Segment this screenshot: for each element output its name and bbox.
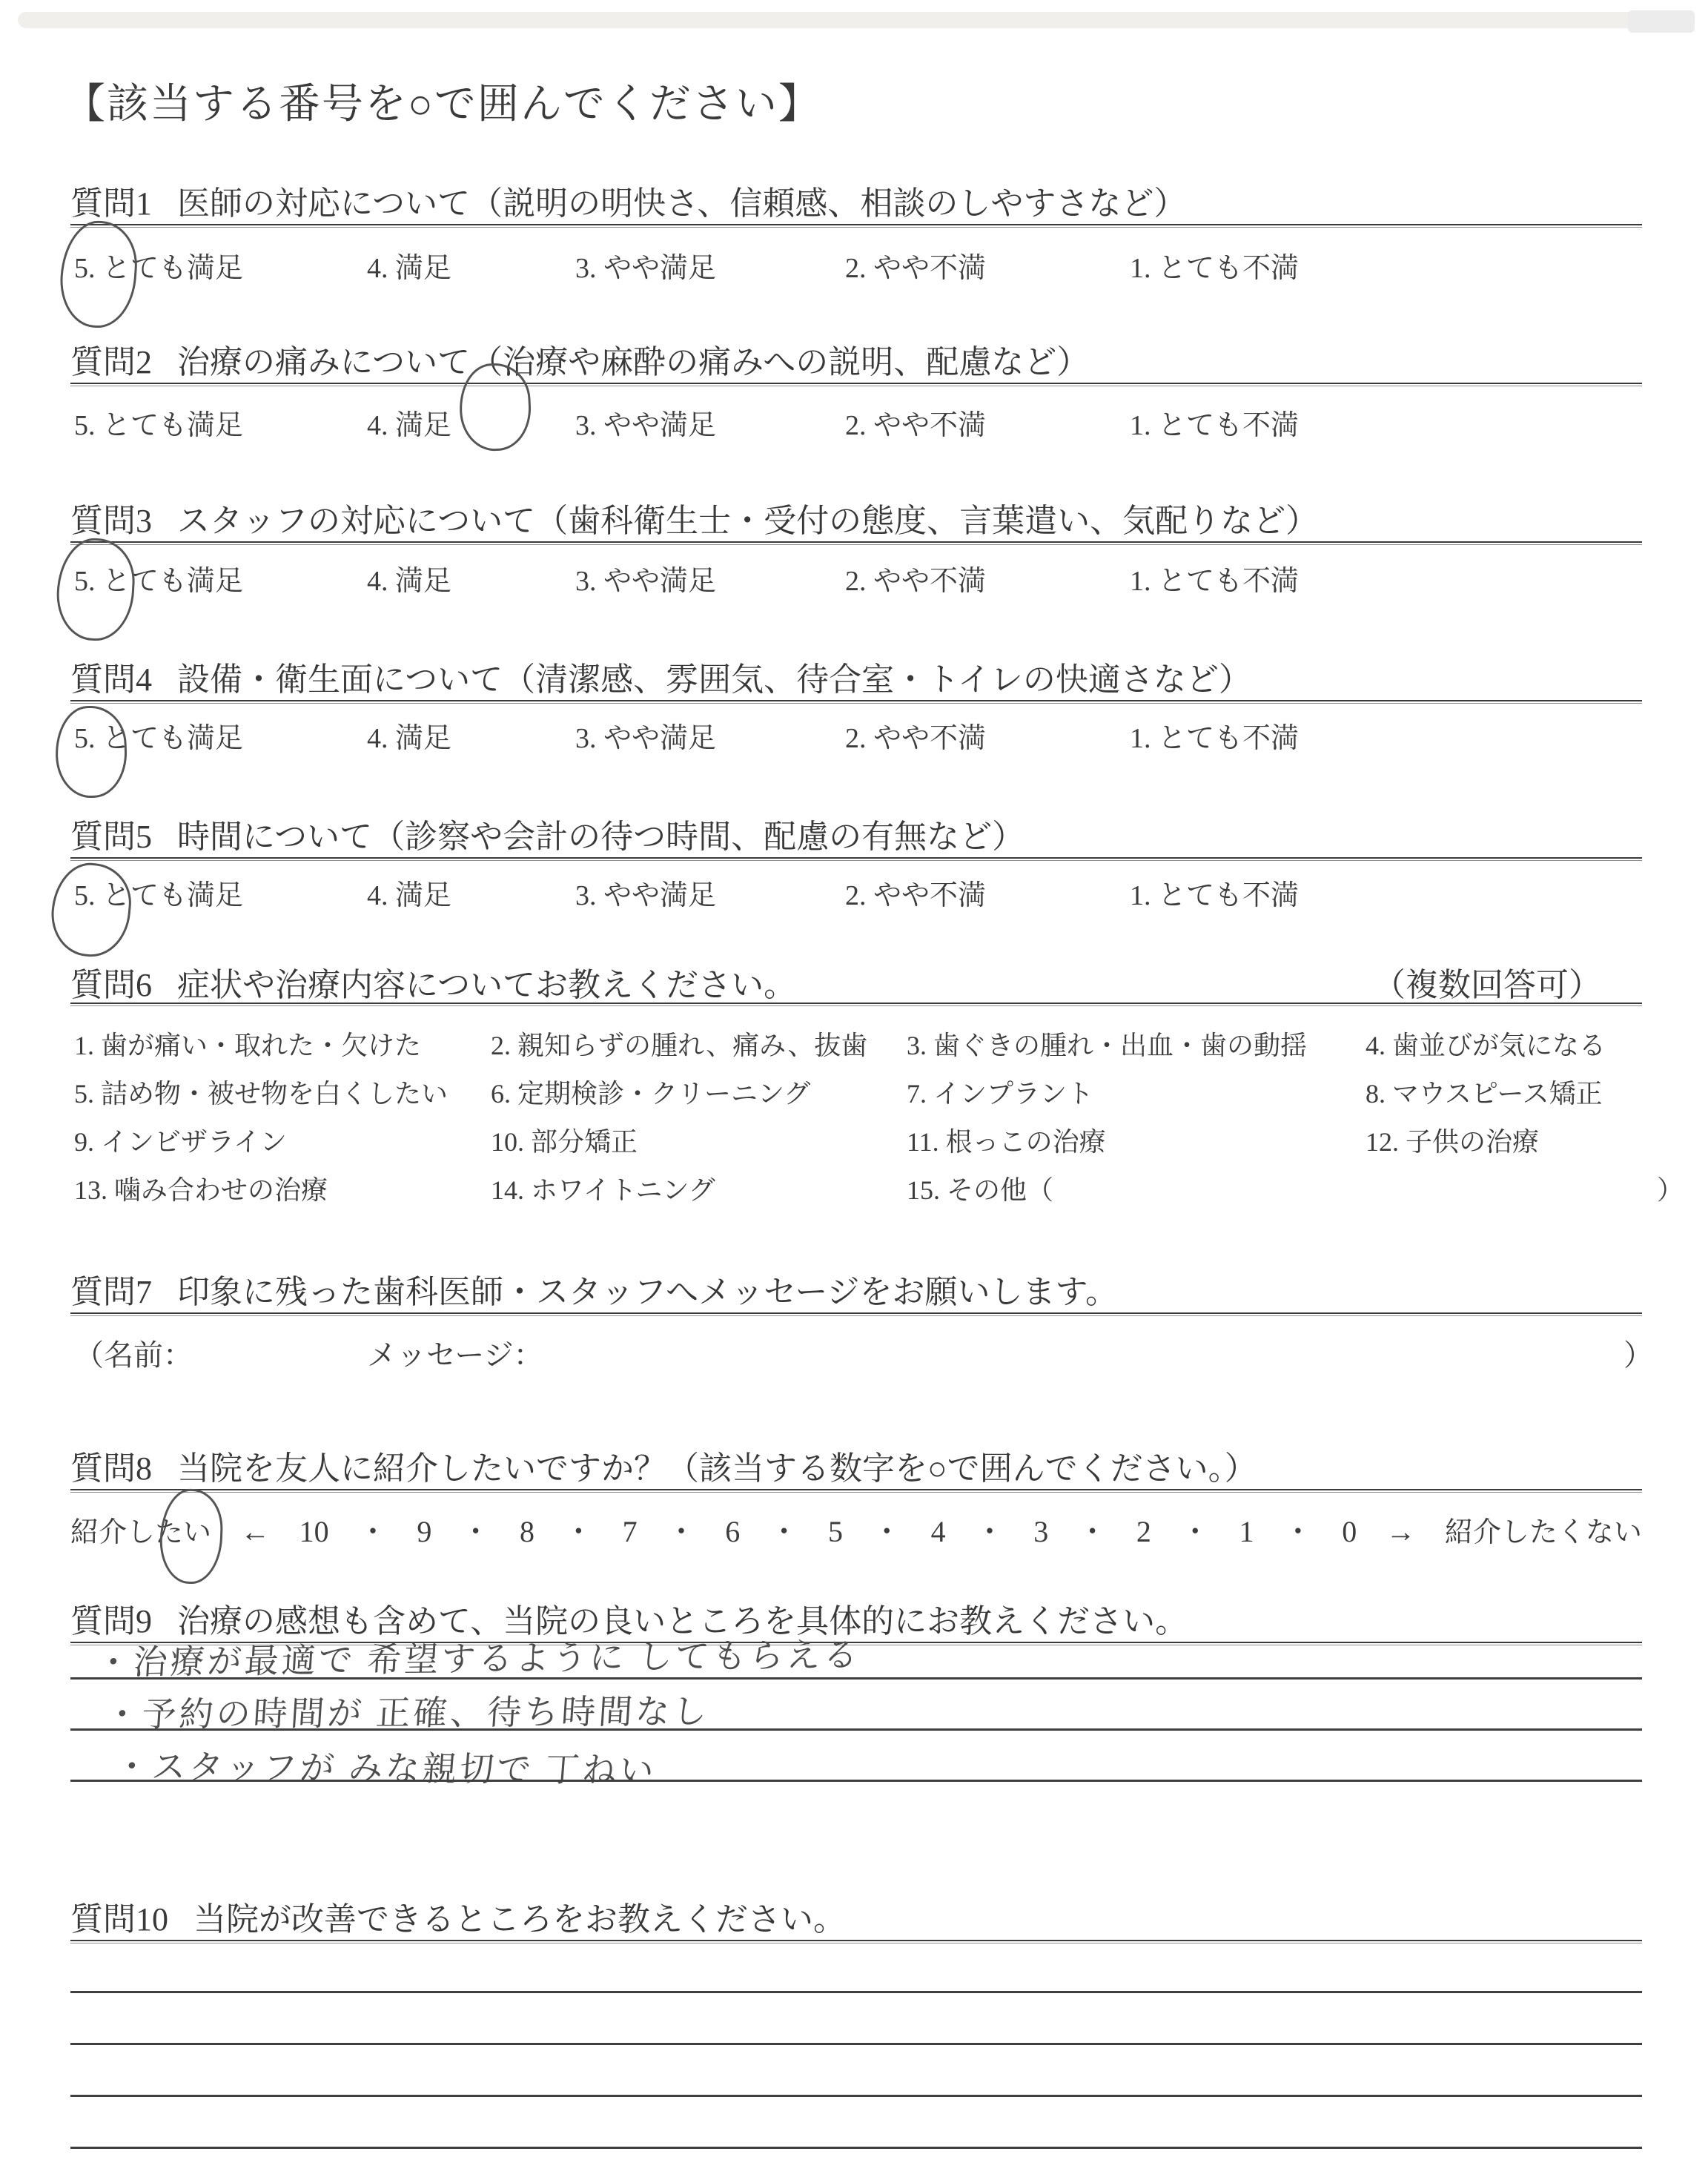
q8-dot: ・ [975, 1508, 1004, 1550]
q6-options-row4: 13. 噛み合わせの治療 14. ホワイトニング 15. その他（ ） [70, 1169, 1672, 1211]
q4-underline [70, 700, 1642, 704]
q9-handwritten-answer-1: ・治療が最適で 希望するように してもらえる [95, 1628, 862, 1685]
q4-heading: 質問4設備・衛生面について（清潔感、雰囲気、待合室・トイレの快適さなど） [70, 653, 1251, 700]
q2-underline [70, 383, 1642, 386]
survey-form-page: 【該当する番号を○で囲んでください】 質問1医師の対応について（説明の明快さ、信… [0, 0, 1708, 2160]
q6-option-3: 3. 歯ぐきの腫れ・出血・歯の動揺 [907, 1025, 1307, 1063]
q2-rating-2: 2. やや不満 [845, 402, 986, 443]
q6-underline [70, 1003, 1642, 1006]
q2-heading: 質問2治療の痛みについて（治療や麻酔の痛みへの説明、配慮など） [70, 335, 1089, 383]
q6-option-1: 1. 歯が痛い・取れた・欠けた [74, 1025, 421, 1063]
q7-close-paren: ） [1623, 1332, 1653, 1374]
q7-name-label: （名前： [74, 1332, 193, 1374]
q7-title: 印象に残った歯科医師・スタッフへメッセージをお願いします。 [177, 1274, 1118, 1310]
q4-handwritten-circle [54, 704, 128, 799]
q1-handwritten-circle [57, 219, 140, 331]
q2-rating-3: 3. やや満足 [575, 402, 716, 443]
q4-rating-1: 1. とても不満 [1130, 715, 1299, 756]
q1-rating-4: 4. 満足 [367, 245, 451, 285]
q8-scale-row: 紹介したい ← 10 ・ 9 ・ 8 ・ 7 ・ 6 ・ 5 ・ 4 ・ 3 ・… [70, 1508, 1642, 1550]
q6-option-10: 10. 部分矯正 [491, 1121, 638, 1159]
q6-options-row1: 1. 歯が痛い・取れた・欠けた 2. 親知らずの腫れ、痛み、抜歯 3. 歯ぐきの… [70, 1025, 1672, 1066]
q1-title: 医師の対応について（説明の明快さ、信頼感、相談のしやすさなど） [177, 185, 1186, 222]
q8-right-arrow-icon: → [1386, 1514, 1416, 1549]
q6-option-2: 2. 親知らずの腫れ、痛み、抜歯 [491, 1025, 867, 1063]
q8-title: 当院を友人に紹介したいですか？（該当する数字を○で囲んでください。） [177, 1450, 1257, 1487]
q4-title: 設備・衛生面について（清潔感、雰囲気、待合室・トイレの快適さなど） [177, 661, 1251, 698]
q6-option-11: 11. 根っこの治療 [907, 1121, 1106, 1159]
q3-number: 質問3 [70, 503, 152, 539]
q5-underline [70, 857, 1642, 861]
q5-rating-4: 4. 満足 [367, 872, 451, 913]
q1-number: 質問1 [70, 185, 152, 222]
q6-option-12: 12. 子供の治療 [1366, 1121, 1539, 1159]
q8-dot: ・ [1180, 1508, 1210, 1550]
q8-heading: 質問8当院を友人に紹介したいですか？（該当する数字を○で囲んでください。） [70, 1441, 1257, 1489]
q1-rating-3: 3. やや満足 [575, 245, 716, 285]
q10-answer-line-3 [70, 2095, 1642, 2097]
q5-rating-2: 2. やや不満 [845, 872, 986, 913]
q8-underline [70, 1489, 1642, 1493]
q8-dot: ・ [872, 1508, 901, 1550]
q7-underline [70, 1312, 1642, 1316]
q2-rating-5: 5. とても満足 [74, 402, 243, 443]
q8-number-6: 6 [725, 1514, 740, 1549]
q8-dot: ・ [769, 1508, 799, 1550]
q8-left-arrow-icon: ← [240, 1514, 270, 1549]
q10-number: 質問10 [70, 1901, 168, 1938]
q1-rating-2: 2. やや不満 [845, 245, 986, 285]
q6-options-row3: 9. インビザライン 10. 部分矯正 11. 根っこの治療 12. 子供の治療 [70, 1121, 1672, 1163]
q6-option-15: 15. その他（ [907, 1169, 1053, 1207]
q8-number-9: 9 [417, 1514, 431, 1549]
q10-answer-line-2 [70, 2043, 1642, 2045]
q8-handwritten-circle [159, 1488, 224, 1585]
q3-rating-4: 4. 満足 [367, 558, 451, 598]
q2-rating-4: 4. 満足 [367, 402, 451, 443]
q5-rating-1: 1. とても不満 [1130, 872, 1299, 913]
q4-rating-2: 2. やや不満 [845, 715, 986, 756]
q8-dot: ・ [666, 1508, 696, 1550]
q2-rating-1: 1. とても不満 [1130, 402, 1299, 443]
q6-option-7: 7. インプラント [907, 1073, 1093, 1111]
q9-handwritten-answer-3: ・スタッフが みな親切で 丁ねい [113, 1740, 658, 1792]
q3-handwritten-circle [54, 536, 136, 642]
q9-answer-line-2 [70, 1728, 1642, 1731]
q6-option-9: 9. インビザライン [74, 1121, 287, 1159]
q7-number: 質問7 [70, 1274, 152, 1310]
q1-options: 5. とても満足 4. 満足 3. やや満足 2. やや不満 1. とても不満 [70, 245, 1642, 289]
q8-dot: ・ [563, 1508, 593, 1550]
q4-rating-3: 3. やや満足 [575, 715, 716, 756]
q10-title: 当院が改善できるところをお教えください。 [193, 1901, 846, 1938]
q7-heading: 質問7印象に残った歯科医師・スタッフへメッセージをお願いします。 [70, 1265, 1118, 1312]
q8-number: 質問8 [70, 1450, 152, 1487]
q6-title: 症状や治療内容についてお教えください。 [177, 967, 796, 1003]
q8-number-10: 10 [299, 1514, 329, 1549]
q10-underline [70, 1940, 1642, 1943]
scan-artifact-corner [1628, 10, 1695, 33]
q10-answer-line-4 [70, 2147, 1642, 2149]
q6-option-6: 6. 定期検診・クリーニング [491, 1073, 810, 1111]
scan-artifact-top [18, 12, 1690, 28]
q10-heading: 質問10当院が改善できるところをお教えください。 [70, 1892, 846, 1940]
q8-dot: ・ [461, 1508, 491, 1550]
q1-heading: 質問1医師の対応について（説明の明快さ、信頼感、相談のしやすさなど） [70, 176, 1186, 224]
q2-number: 質問2 [70, 344, 152, 380]
q6-option-8: 8. マウスピース矯正 [1366, 1073, 1603, 1111]
q6-option-14: 14. ホワイトニング [491, 1169, 715, 1207]
q3-rating-2: 2. やや不満 [845, 558, 986, 598]
q9-number: 質問9 [70, 1603, 152, 1639]
q7-message-label: メッセージ： [367, 1332, 543, 1374]
q5-number: 質問5 [70, 819, 152, 855]
q6-option-5: 5. 詰め物・被せ物を白くしたい [74, 1073, 448, 1111]
q4-number: 質問4 [70, 661, 152, 698]
q6-number: 質問6 [70, 967, 152, 1003]
q3-title: スタッフの対応について（歯科衛生士・受付の態度、言葉遣い、気配りなど） [177, 503, 1318, 539]
q8-number-0: 0 [1342, 1514, 1357, 1549]
q5-options: 5. とても満足 4. 満足 3. やや満足 2. やや不満 1. とても不満 [70, 872, 1642, 916]
page-title: 【該当する番号を○で囲んでください】 [64, 71, 821, 131]
q4-rating-4: 4. 満足 [367, 715, 451, 756]
q8-number-3: 3 [1033, 1514, 1048, 1549]
q8-number-7: 7 [623, 1514, 638, 1549]
q6-note: （複数回答可） [1373, 958, 1601, 1005]
q8-dot: ・ [1283, 1508, 1313, 1550]
q5-title: 時間について（診察や会計の待つ時間、配慮の有無など） [177, 819, 1025, 855]
q3-underline [70, 541, 1642, 545]
q1-underline [70, 224, 1642, 228]
q3-rating-3: 3. やや満足 [575, 558, 716, 598]
q3-rating-1: 1. とても不満 [1130, 558, 1299, 598]
q2-options: 5. とても満足 4. 満足 3. やや満足 2. やや不満 1. とても不満 [70, 402, 1642, 446]
q8-number-5: 5 [828, 1514, 843, 1549]
q1-rating-1: 1. とても不満 [1130, 245, 1299, 285]
q8-number-2: 2 [1136, 1514, 1151, 1549]
q2-title: 治療の痛みについて（治療や麻酔の痛みへの説明、配慮など） [177, 344, 1089, 380]
q8-number-1: 1 [1239, 1514, 1254, 1549]
q6-option-4: 4. 歯並びが気になる [1366, 1025, 1606, 1063]
q6-option-13: 13. 噛み合わせの治療 [74, 1169, 328, 1207]
q6-option-15-close-paren: ） [1657, 1169, 1684, 1207]
q6-options-row2: 5. 詰め物・被せ物を白くしたい 6. 定期検診・クリーニング 7. インプラン… [70, 1073, 1672, 1114]
q9-answer-line-1 [70, 1677, 1642, 1680]
q8-dot: ・ [1078, 1508, 1108, 1550]
q4-options: 5. とても満足 4. 満足 3. やや満足 2. やや不満 1. とても不満 [70, 715, 1642, 759]
q5-rating-3: 3. やや満足 [575, 872, 716, 913]
q9-answer-line-3 [70, 1780, 1642, 1782]
q3-options: 5. とても満足 4. 満足 3. やや満足 2. やや不満 1. とても不満 [70, 558, 1642, 602]
q10-answer-line-1 [70, 1991, 1642, 1993]
q8-number-4: 4 [931, 1514, 946, 1549]
q6-heading: 質問6症状や治療内容についてお教えください。 [70, 958, 796, 1005]
q3-heading: 質問3スタッフの対応について（歯科衛生士・受付の態度、言葉遣い、気配りなど） [70, 494, 1318, 541]
q8-dot: ・ [358, 1508, 388, 1550]
q8-number-8: 8 [520, 1514, 534, 1549]
q8-right-label: 紹介したくない [1445, 1509, 1642, 1550]
q5-heading: 質問5時間について（診察や会計の待つ時間、配慮の有無など） [70, 810, 1025, 857]
